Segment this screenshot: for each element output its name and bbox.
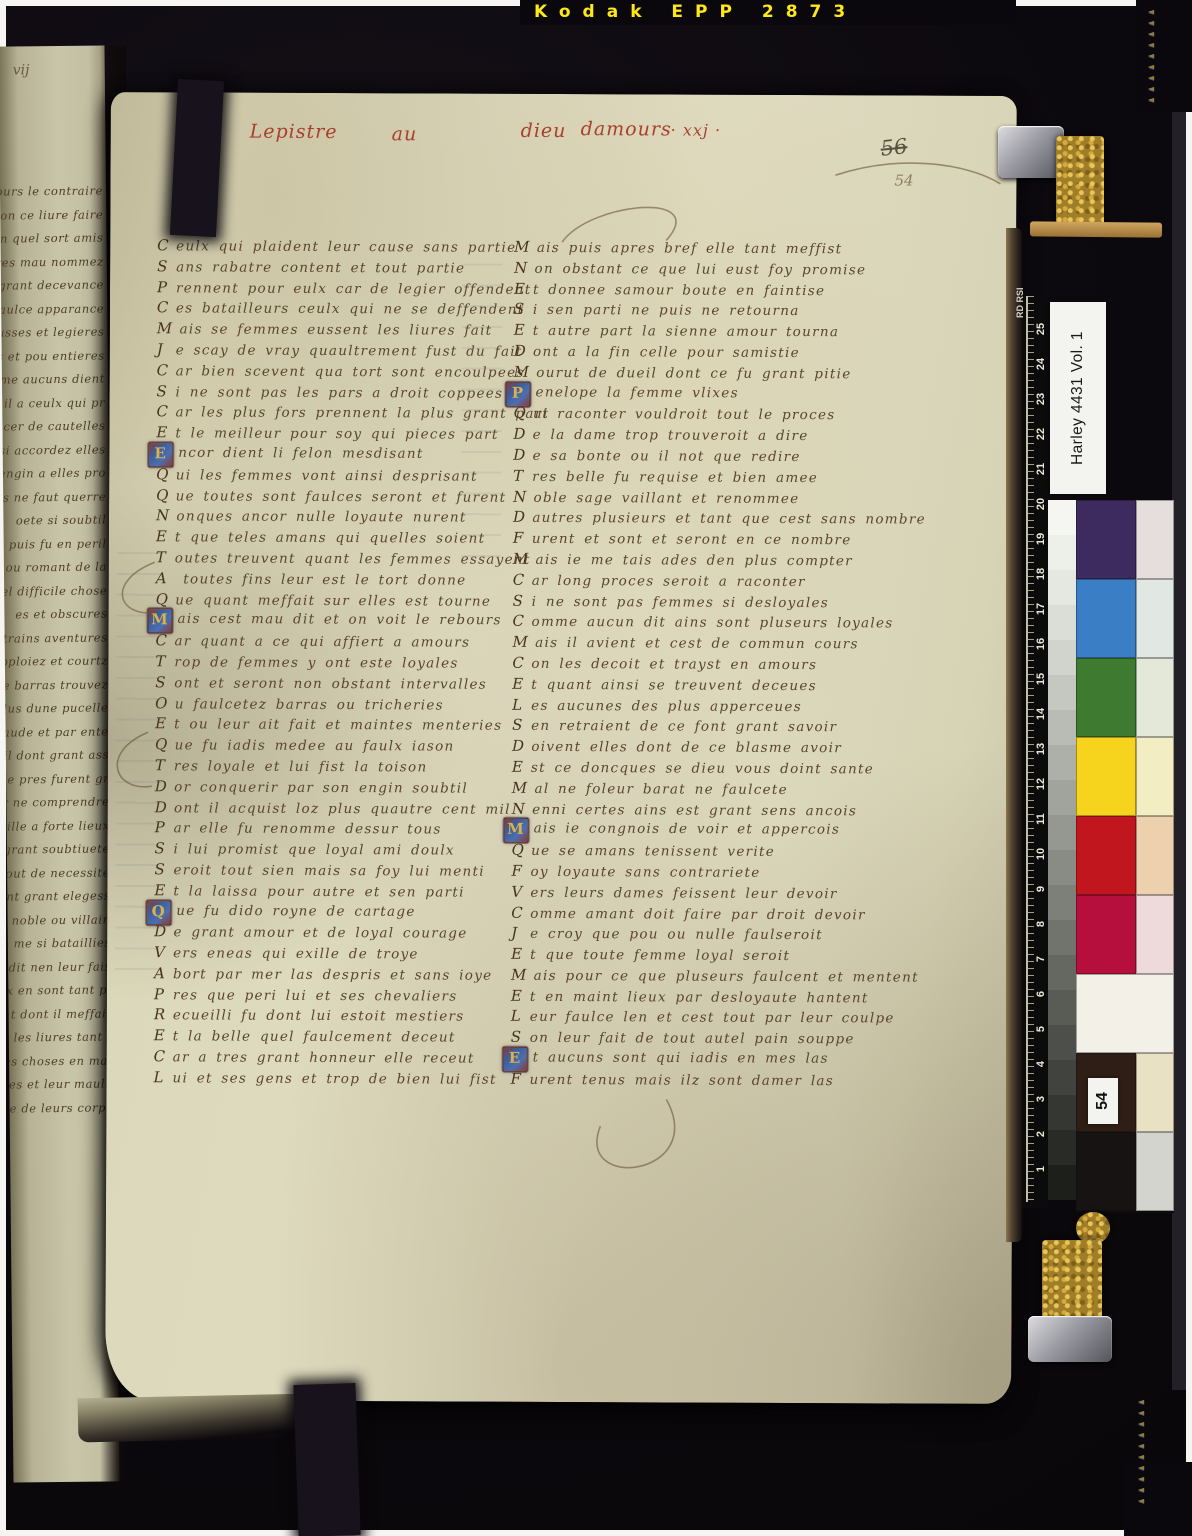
gray-step — [1048, 535, 1076, 570]
line-text: urent tenus mais ilz sont damer las — [530, 1072, 835, 1089]
fragment-line: s amours le contraire — [0, 184, 103, 209]
manuscript-line: Et ou leur ait fait et maintes menteries — [155, 715, 548, 738]
illuminated-initial: P — [505, 381, 530, 406]
line-initial: T — [155, 756, 168, 774]
line-initial: A — [156, 569, 169, 587]
fragment-line: ourchacer de cautelles — [0, 418, 106, 443]
line-text: e grant amour et de loyal courage — [173, 925, 467, 942]
line-initial: C — [154, 1047, 167, 1065]
manuscript-line: Car a tres grant honneur elle receut — [154, 1047, 547, 1070]
manuscript-line: Mais ie me tais ades den plus compter — [513, 550, 926, 573]
line-text: ans rabatre content et tout partie — [176, 259, 465, 276]
line-initial: E — [156, 527, 169, 545]
gray-step — [1048, 815, 1076, 850]
manuscript-line: Noble sage vaillant et renommee — [513, 487, 926, 510]
line-text: ar bien scevent qua tort sont encoulpees — [176, 363, 525, 381]
manuscript-line: Et la laissa pour autre et sen parti — [154, 881, 547, 904]
line-text: ar elle fu renomme dessur tous — [174, 821, 442, 838]
fragment-line: supploiez et courtz — [0, 653, 108, 678]
line-initial: N — [512, 799, 527, 817]
line-text: ui raconter vouldroit tout le proces — [533, 406, 836, 423]
gray-step — [1048, 850, 1076, 885]
line-initial: D — [513, 425, 526, 443]
manuscript-line: Mourut de dueil dont ce fu grant pitie — [514, 363, 927, 386]
film-corner-bottom-right — [1124, 1462, 1192, 1536]
manuscript-line: Car les plus fors prennent la plus grant… — [156, 403, 549, 426]
page-strap-bottom — [293, 1383, 360, 1536]
line-text: ue fu dido royne de cartage — [176, 902, 415, 919]
line-text: ar quant a ce qui affiert a amours — [174, 633, 470, 650]
line-text: t donnee samour boute en faintise — [533, 281, 825, 298]
line-text: es aucunes des plus apperceues — [531, 697, 802, 714]
line-initial: M — [514, 238, 531, 256]
wooden-snake-weight — [1030, 221, 1162, 237]
line-text: ue toutes sont faulces seront et furent — [176, 488, 507, 505]
line-initial: C — [513, 612, 526, 630]
line-initial: L — [511, 1007, 524, 1025]
manuscript-line: Car long proces seroit a raconter — [513, 571, 926, 594]
manuscript-line: Son leur fait de tout autel pain souppe — [511, 1028, 924, 1051]
ruler-number: 10 — [1034, 843, 1048, 865]
ruler-strip: RD RSI 252423222120191817161514131211109… — [1022, 296, 1048, 1208]
line-initial: S — [514, 300, 527, 318]
manuscript-page: Lepistre au dieu damours · xxj · 56 54 C… — [105, 92, 1017, 1404]
line-initial: R — [154, 1006, 167, 1024]
manuscript-line: Non obstant ce que lui eust foy promise — [514, 259, 927, 282]
fragment-line: er les choses en mal — [0, 1053, 112, 1078]
line-text: es batailleurs ceulx qui ne se deffenden… — [176, 301, 525, 319]
line-initial: C — [511, 903, 524, 921]
fragment-line: vris ne faut querre — [0, 489, 106, 514]
color-patch-red — [1076, 816, 1136, 897]
ruler-number: 18 — [1034, 563, 1048, 585]
manuscript-line: Nenni certes ains est grant sens ancois — [512, 799, 925, 822]
line-text: t autre part la sienne amour tourna — [533, 323, 839, 340]
line-initial: C — [157, 361, 170, 379]
ruler-number: 16 — [1034, 633, 1048, 655]
manuscript-line: Que fu dido royne de cartage — [154, 902, 547, 925]
manuscript-line: Et que teles amans qui quelles soient — [156, 527, 549, 550]
line-text: autres plusieurs et tant que cest sans n… — [532, 510, 926, 528]
fragment-line: vivent grant elegess — [0, 888, 111, 913]
line-text: ais ie congnois de voir et appercois — [534, 821, 841, 838]
manuscript-line: Que fu iadis medee au faulx iason — [155, 735, 548, 758]
gray-step — [1048, 605, 1076, 640]
ruler-number: 3 — [1034, 1088, 1048, 1110]
manuscript-line: Et que toute femme loyal seroit — [511, 945, 924, 968]
fragment-line: oete si soubtil — [0, 512, 107, 537]
manuscript-line: Mais se femmes eussent les liures fait — [157, 319, 550, 342]
line-text: e scay de vray quaultrement fust du fait — [176, 342, 523, 360]
manuscript-line: Et autre part la sienne amour tourna — [514, 321, 927, 344]
pastel-patch-red — [1136, 816, 1174, 897]
fragment-line: trains aventures — [0, 630, 108, 655]
kodak-film-label: Kodak EPP 2873 — [520, 0, 1016, 24]
line-text: t en maint lieux par desloyaute hantent — [530, 989, 869, 1006]
line-initial: Q — [156, 465, 170, 483]
fragment-line: si comme aucuns dient — [0, 371, 105, 396]
line-text: on les decoit et trayst en amours — [531, 656, 817, 673]
line-initial: F — [511, 862, 524, 880]
gray-step — [1048, 920, 1076, 955]
line-text: i lui promist que loyal ami doulx — [174, 841, 455, 858]
color-patch-green — [1076, 658, 1136, 739]
line-initial: C — [155, 631, 168, 649]
manuscript-line: Sont et seront non obstant intervalles — [155, 673, 548, 696]
line-text: urent et sont et seront en ce nombre — [532, 531, 852, 548]
line-initial: D — [513, 446, 526, 464]
binding-clasp-bottom — [1028, 1316, 1112, 1362]
line-initial: E — [514, 279, 527, 297]
line-initial: V — [511, 882, 524, 900]
manuscript-line: Mais il avient et cest de commun cours — [512, 633, 925, 656]
text-column-left: Ceulx qui plaident leur cause sans parti… — [154, 236, 550, 1090]
gray-step — [1048, 990, 1076, 1025]
ruler-number: 21 — [1034, 458, 1048, 480]
lower-page-edges — [78, 1394, 309, 1443]
ruler-number: 7 — [1034, 948, 1048, 970]
line-text: e sa bonte ou il not que redire — [533, 448, 801, 465]
fragment-line: et de faulce apparance — [0, 301, 104, 326]
manuscript-line: Doivent elles dont de ce blasme avoir — [512, 737, 925, 760]
pastel-patch-green — [1136, 658, 1174, 739]
fragment-line: eulx en sont tant pl — [0, 982, 112, 1007]
fragment-line: tout de necessite — [0, 865, 110, 890]
line-initial: M — [512, 633, 529, 651]
ruler-number: 19 — [1034, 528, 1048, 550]
manuscript-line: Je scay de vray quaultrement fust du fai… — [157, 340, 550, 363]
manuscript-line: Si ne sont pas femmes si desloyales — [513, 591, 926, 614]
film-sprocket-marks-bottom: ◄◄◄◄◄◄◄◄◄◄ — [1138, 1398, 1144, 1505]
line-initial: M — [513, 550, 530, 568]
gray-step — [1048, 745, 1076, 780]
line-initial: O — [155, 694, 169, 712]
illuminated-initial: M — [147, 609, 172, 634]
fragment-line: r fraude et par ente — [0, 724, 109, 749]
line-initial: Q — [156, 486, 170, 504]
rubric-word: dieu — [521, 120, 567, 142]
fragment-line: quel difficile chose — [0, 583, 107, 608]
manuscript-line: Qui les femmes vont ainsi desprisant — [156, 465, 549, 488]
line-text: t aucuns sont qui iadis en mes las — [533, 1049, 829, 1066]
color-patch-crimson — [1076, 895, 1136, 976]
line-initial: E — [155, 715, 168, 733]
fragment-line: est il dont grant ass — [0, 747, 109, 772]
line-text: t le meilleur pour soy qui pieces part — [175, 425, 498, 442]
manuscript-line: Tres loyale et lui fist la toison — [155, 756, 548, 779]
gray-step — [1048, 710, 1076, 745]
manuscript-line: Si ne sont pas les pars a droit coppees — [157, 382, 550, 405]
rubric-word: Lepistre — [250, 121, 338, 143]
manuscript-line: Penelope la femme vlixes — [513, 383, 926, 406]
line-initial: D — [512, 737, 525, 755]
line-text: res que peri lui et ses chevaliers — [173, 987, 458, 1004]
manuscript-line: Furent et sont et seront en ce nombre — [513, 529, 926, 552]
ruler-number: 24 — [1034, 353, 1048, 375]
manuscript-line: Tres belle fu requise et bien amee — [513, 467, 926, 490]
grayscale-strip — [1048, 500, 1076, 1200]
line-text: ais cest mau dit et on voit le rebours — [178, 611, 502, 628]
manuscript-line: Recueilli fu dont lui estoit mestiers — [154, 1006, 547, 1029]
manuscript-line: Et donnee samour boute en faintise — [514, 279, 927, 302]
film-sprocket-marks-top: ◄◄◄◄◄◄◄◄◄ — [1148, 8, 1154, 104]
manuscript-line: Mais pour ce que pluseurs faulcent et me… — [511, 966, 924, 989]
line-initial: D — [514, 342, 527, 360]
line-text: ar a tres grant honneur elle receut — [173, 1049, 475, 1066]
gray-step — [1048, 1130, 1076, 1165]
manuscript-line: Sen retraient de ce font grant savoir — [512, 716, 925, 739]
line-initial: P — [157, 278, 170, 296]
line-text: en retraient de ce font grant savoir — [531, 718, 837, 735]
line-text: on leur fait de tout autel pain souppe — [530, 1030, 855, 1047]
line-text: e la dame trop trouveroit a dire — [533, 427, 809, 444]
manuscript-line: Que quant meffait sur elles est tourne — [156, 590, 549, 613]
ruler-number: 17 — [1034, 598, 1048, 620]
pastel-patch-brown — [1136, 1053, 1174, 1134]
line-text: or conquerir par son engin soubtil — [174, 779, 468, 796]
line-initial: S — [511, 1028, 524, 1046]
ruler-number: 9 — [1034, 878, 1048, 900]
illuminated-initial: E — [503, 1047, 528, 1072]
line-initial: M — [512, 779, 529, 797]
line-initial: S — [512, 716, 525, 734]
line-text: u faulcetez barras ou tricheries — [175, 696, 444, 713]
film-corner-top-right — [1136, 0, 1192, 112]
manuscript-line: De grant amour et de loyal courage — [154, 923, 547, 946]
line-text: omme aucun dit ains sont pluseurs loyale… — [532, 614, 894, 632]
manuscript-line: De sa bonte ou il not que redire — [513, 446, 926, 469]
line-text: rennent pour eulx car de legier offenden… — [176, 280, 532, 298]
fragment-line: le decoir ne comprendre — [0, 794, 110, 819]
manuscript-line: Je croy que pou ou nulle faulseroit — [511, 924, 924, 947]
manuscript-line: Par elle fu renomme dessur tous — [155, 819, 548, 842]
line-text: ont a la fin celle pour samistie — [533, 344, 800, 361]
color-patch-white — [1076, 974, 1174, 1055]
line-text: ourut de dueil dont ce fu grant pitie — [536, 365, 851, 382]
line-initial: Q — [512, 841, 526, 859]
line-initial: E — [156, 423, 169, 441]
photograph-of-manuscript: { "photo": { "kodak_text": "Kodak EPP 28… — [0, 0, 1192, 1536]
line-text: ue fu iadis medee au faulx iason — [175, 737, 455, 754]
manuscript-line: Mais ie congnois de voir et appercois — [512, 820, 925, 843]
pastel-patch-yellow — [1136, 737, 1174, 818]
gold-band-top — [1056, 136, 1104, 232]
line-initial: E — [511, 945, 524, 963]
manuscript-line: Trop de femmes y ont este loyales — [155, 652, 548, 675]
manuscript-line: Seroit tout sien mais sa foy lui menti — [154, 860, 547, 883]
folio-number: 54 — [894, 171, 913, 189]
ruler-number: 22 — [1034, 423, 1048, 445]
line-text: enni certes ains est grant sens ancois — [532, 801, 857, 818]
line-initial: A — [154, 964, 167, 982]
manuscript-line: Leur faulce len et cest tout par leur co… — [511, 1007, 924, 1030]
gray-step — [1048, 1095, 1076, 1130]
line-text: t que toute femme loyal seroit — [530, 947, 790, 964]
line-text: ais pour ce que pluseurs faulcent et men… — [534, 968, 919, 986]
fragment-line: en quel sort amis — [0, 231, 104, 256]
manuscript-line: Mais cest mau dit et on voit le rebours — [156, 611, 549, 634]
line-initial: T — [156, 548, 169, 566]
line-initial: J — [511, 924, 524, 942]
manuscript-line: Car quant a ce qui affiert a amours — [155, 631, 548, 654]
ruler-number: 15 — [1034, 668, 1048, 690]
manuscript-line: Qui raconter vouldroit tout le proces — [513, 404, 926, 427]
manuscript-line: Abort par mer las despris et sans ioye — [154, 964, 547, 987]
manuscript-line: Foy loyaute sans contrariete — [511, 862, 924, 885]
color-patch-blue — [1076, 579, 1136, 660]
fragment-line: t est il a ceulx qui pr — [0, 395, 105, 420]
line-initial: Q — [513, 404, 527, 422]
line-initial: F — [511, 1070, 524, 1088]
fragment-line: on de pres furent gr — [0, 771, 109, 796]
gray-step — [1048, 1025, 1076, 1060]
pastel-patch-crimson — [1136, 895, 1174, 976]
fragment-line: me si bataillies — [0, 935, 111, 960]
ruler-number: 6 — [1034, 983, 1048, 1005]
line-text: onques ancor nulle loyaute nurent — [176, 509, 466, 526]
pastel-patch-blue — [1136, 579, 1174, 660]
line-initial: C — [513, 571, 526, 589]
manuscript-line: Encor dient li felon mesdisant — [156, 444, 549, 467]
line-initial: E — [154, 881, 167, 899]
line-text: ais puis apres bref elle tant meffist — [537, 240, 843, 257]
line-text: eroit tout sien mais sa foy lui menti — [173, 862, 485, 879]
line-text: ecueilli fu dont lui estoit mestiers — [173, 1008, 465, 1025]
line-text: t quant ainsi se treuvent deceues — [531, 677, 817, 694]
gray-step — [1048, 640, 1076, 675]
line-text: i ne sont pas femmes si desloyales — [532, 593, 829, 610]
line-text: t la laissa pour autre et sen parti — [173, 883, 464, 900]
manuscript-line: Dont a la fin celle pour samistie — [514, 342, 927, 365]
fragment-line: ures mau nommez — [0, 254, 104, 279]
manuscript-line: Est ce doncques se dieu vous doint sante — [512, 758, 925, 781]
line-text: oble sage vaillant et renommee — [533, 489, 799, 506]
line-initial: M — [514, 363, 531, 381]
line-text: ue se amans tenissent verite — [531, 843, 775, 860]
gray-step — [1048, 500, 1076, 535]
fragment-line: es et obscures — [0, 606, 108, 631]
manuscript-line: Mais puis apres bref elle tant meffist — [514, 238, 927, 261]
manuscript-line: Pres que peri lui et ses chevaliers — [154, 985, 547, 1008]
line-initial: M — [511, 966, 528, 984]
line-text: t ou leur ait fait et maintes menteries — [174, 717, 502, 734]
ruler-number: 14 — [1034, 703, 1048, 725]
line-text: i ne sont pas les pars a droit coppees — [176, 384, 504, 401]
ruler-number: 11 — [1034, 808, 1048, 830]
line-text: ui les femmes vont ainsi desprisant — [176, 467, 478, 484]
line-text: oy loyaute sans contrariete — [530, 864, 760, 881]
line-text: outes treuvent quant les femmes essayent — [175, 550, 531, 568]
shelfmark-label: Harley 4431 Vol. 1 — [1069, 331, 1087, 465]
line-initial: P — [155, 819, 168, 837]
line-text: eur faulce len et cest tout par leur cou… — [530, 1009, 895, 1027]
manuscript-line: Furent tenus mais ilz sont damer las — [511, 1070, 924, 1093]
line-initial: D — [154, 923, 167, 941]
ruler-number: 25 — [1034, 318, 1048, 340]
ruler-number: 20 — [1034, 493, 1048, 515]
line-text: ais se femmes eussent les liures fait — [179, 322, 492, 339]
line-initial: N — [514, 259, 529, 277]
manuscript-line: Que se amans tenissent verite — [512, 841, 925, 864]
rubric-word: damours — [581, 118, 672, 140]
manuscript-line: Car bien scevent qua tort sont encoulpee… — [157, 361, 550, 384]
quire-mark: vij — [13, 62, 30, 78]
line-text: t la belle quel faulcement deceut — [173, 1029, 456, 1046]
line-initial: S — [155, 839, 168, 857]
line-initial: D — [513, 508, 526, 526]
line-text: res belle fu requise et bien amee — [532, 469, 818, 486]
rubric-word: au — [392, 123, 418, 145]
manuscript-line: Prennent pour eulx car de legier offende… — [157, 278, 550, 301]
line-initial: V — [154, 943, 167, 961]
line-initial: C — [157, 236, 170, 254]
line-text: res loyale et lui fist la toison — [174, 758, 428, 775]
line-initial: S — [157, 382, 170, 400]
manuscript-line: Sans rabatre content et tout partie — [157, 257, 550, 280]
folio-number-crossed-out: 56 — [879, 134, 908, 161]
line-initial: L — [512, 695, 525, 713]
line-text: ui et ses gens et trop de bien lui fist — [173, 1070, 497, 1087]
manuscript-line: Si lui promist que loyal ami doulx — [155, 839, 548, 862]
fragment-line: es et pou entieres — [0, 348, 105, 373]
fragment-line: use de leurs corps — [0, 1100, 113, 1125]
line-initial: P — [154, 985, 167, 1003]
line-initial: J — [157, 340, 170, 358]
pastel-patch-black — [1136, 1132, 1174, 1213]
ruler-number: 8 — [1034, 913, 1048, 935]
page-strap-top — [170, 79, 224, 237]
manuscript-line: Toutes treuvent quant les femmes essayen… — [156, 548, 549, 571]
gray-step — [1048, 955, 1076, 990]
film-header-band: Kodak EPP 2873 — [520, 0, 1016, 25]
line-text: ers leurs dames feissent leur devoir — [530, 885, 837, 902]
ruler-number: 5 — [1034, 1018, 1048, 1040]
line-text: ue quant meffait sur elles est tourne — [175, 592, 491, 609]
ruler-number: 2 — [1034, 1123, 1048, 1145]
line-initial: T — [513, 467, 526, 485]
ruler-number: 4 — [1034, 1053, 1048, 1075]
shelfmark-sticker: Harley 4431 Vol. 1 — [1050, 302, 1106, 494]
line-text: ais il avient et cest de commun cours — [535, 635, 859, 652]
line-initial: E — [511, 986, 524, 1004]
line-initial: S — [154, 860, 167, 878]
manuscript-line: Dautres plusieurs et tant que cest sans … — [513, 508, 926, 531]
fragment-line: s dit nen leur fais — [0, 959, 111, 984]
line-text: oivent elles dont de ce blasme avoir — [531, 739, 842, 756]
line-text: i sen parti ne puis ne retourna — [533, 302, 800, 319]
line-initial: S — [155, 673, 168, 691]
manuscript-line: Comme amant doit faire par droit devoir — [511, 903, 924, 926]
manuscript-line: Con les decoit et trayst en amours — [512, 654, 925, 677]
ruler-top-label: RD RSI — [1014, 288, 1026, 318]
line-initial: D — [155, 798, 168, 816]
manuscript-line: A toutes fins leur est le tort donne — [156, 569, 549, 592]
line-text: ais ie me tais ades den plus compter — [535, 552, 853, 569]
line-initial: M — [157, 319, 174, 337]
binding-clasp-top — [998, 126, 1064, 178]
rubric-chapter-numeral: · xxj · — [671, 120, 721, 139]
fragment-line: quant fausses et legieres — [0, 325, 105, 350]
manuscript-line: Mal ne foleur barat ne faulcete — [512, 779, 925, 802]
fragment-line: t de grant decevance — [0, 278, 104, 303]
manuscript-line: Et la belle quel faulcement deceut — [154, 1027, 547, 1050]
manuscript-line: Dor conquerir par son engin soubtil — [155, 777, 548, 800]
fragment-line: de barras trouvez — [0, 677, 108, 702]
manuscript-line: Ou faulcetez barras ou tricheries — [155, 694, 548, 717]
ruler-number: 12 — [1034, 773, 1048, 795]
illuminated-initial: E — [148, 442, 173, 467]
fragment-line: ns plus dune pucelle — [0, 700, 109, 725]
